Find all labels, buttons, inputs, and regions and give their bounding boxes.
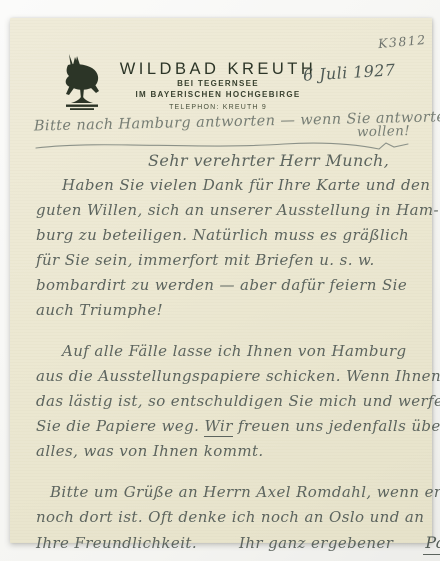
paragraph1-line1: Haben Sie vielen Dank für Ihre Karte und… xyxy=(36,173,434,198)
paragraph2-line4-post: freuen uns jedenfalls über xyxy=(233,417,440,435)
paragraph1-line4: für Sie sein, immerfort mit Briefen u. s… xyxy=(36,248,434,273)
underlined-word-wir: Wir xyxy=(204,417,232,437)
letterhead-location-line: BEI TEGERNSEE xyxy=(106,79,330,90)
paragraph2-line3: das lästig ist, so entschuldigen Sie mic… xyxy=(36,389,434,414)
paragraph1-line2: guten Willen, sich an unserer Ausstellun… xyxy=(36,198,434,223)
valediction: Ihr ganz ergebener xyxy=(239,534,393,552)
letterhead-name: WILDBAD KREUTH xyxy=(106,60,330,79)
letter-page: K3812 WIL xyxy=(10,18,432,543)
paragraph2-line1: Auf alle Fälle lasse ich Ihnen von Hambu… xyxy=(36,339,434,364)
paragraph3-line2: noch dort ist. Oft denke ich noch an Osl… xyxy=(36,505,434,530)
closing-line: Ihre Freundlichkeit.Ihr ganz ergebenerPa… xyxy=(36,530,434,556)
letterhead: WILDBAD KREUTH BEI TEGERNSEE IM BAYERISC… xyxy=(106,60,330,111)
chamois-logo-icon xyxy=(56,53,108,111)
catalog-number: K3812 xyxy=(377,32,427,51)
letter-body: Sehr verehrter Herr Munch, Haben Sie vie… xyxy=(36,148,434,556)
letterhead-telephone-line: TELEPHON: KREUTH 9 xyxy=(106,104,330,111)
letterhead-region-line: IM BAYERISCHEN HOCHGEBIRGE xyxy=(106,90,330,101)
paragraph2-line5: alles, was von Ihnen kommt. xyxy=(36,439,434,464)
salutation: Sehr verehrter Herr Munch, xyxy=(36,148,434,173)
paragraph1-line5: bombardirt zu werden — aber dafür feiern… xyxy=(36,273,434,298)
paragraph1-line3: burg zu beteiligen. Natürlich muss es gr… xyxy=(36,223,434,248)
paragraph3-line3: Ihre Freundlichkeit. xyxy=(36,534,197,552)
scan-background: K3812 WIL xyxy=(0,0,440,561)
paragraph2-line4-pre: Sie die Papiere weg. xyxy=(36,417,204,435)
paragraph3-line1: Bitte um Grüße an Herrn Axel Romdahl, we… xyxy=(36,480,434,505)
paragraph1-line6: auch Triumphe! xyxy=(36,298,434,323)
signature: Pauli xyxy=(423,533,440,555)
paragraph2-line2: aus die Ausstellungspapiere schicken. We… xyxy=(36,364,434,389)
paragraph2-line4: Sie die Papiere weg. Wir freuen uns jede… xyxy=(36,414,434,439)
